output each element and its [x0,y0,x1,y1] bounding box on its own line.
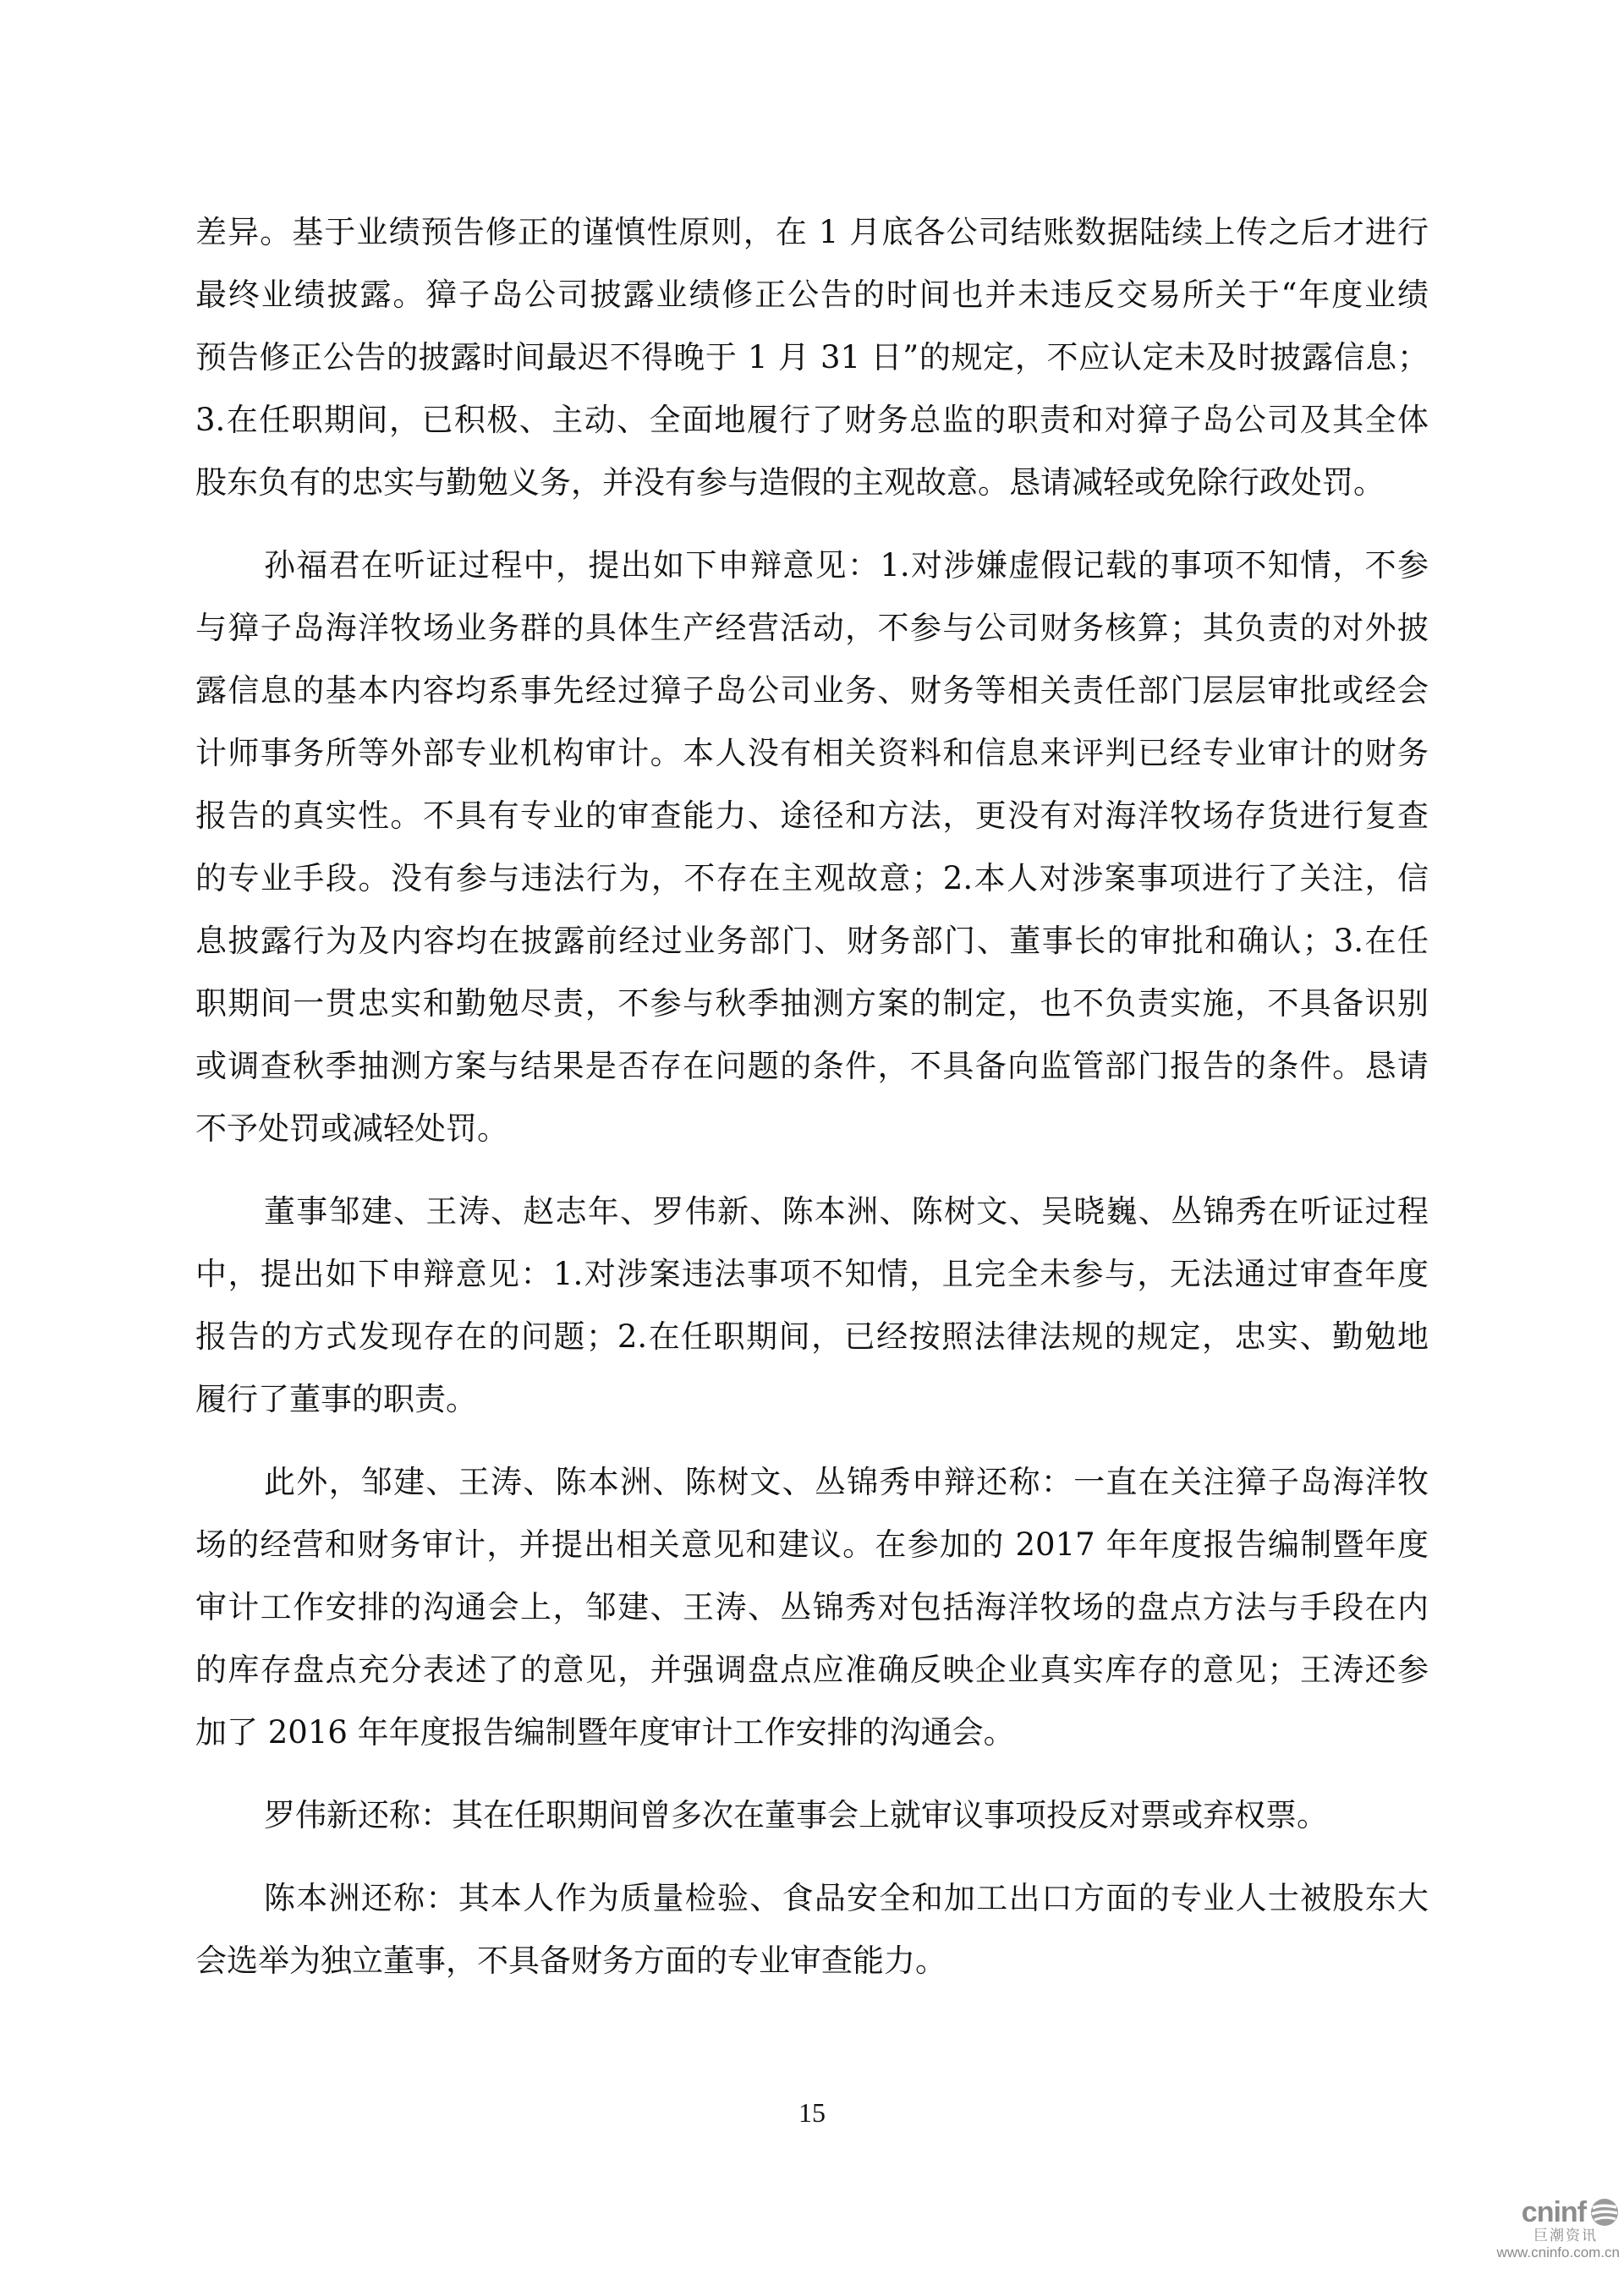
paragraph-defense-luo-weixin: 罗伟新还称：其在任职期间曾多次在董事会上就审议事项投反对票或弃权票。 [195,1793,1429,1855]
cninfo-watermark: cninf 巨潮资讯 www.cninfo.com.cn [1468,2197,1620,2261]
text-line: 陈本洲还称：其本人作为质量检验、食品安全和加工出口方面的专业人士被股东大 [195,1876,1429,1938]
text-line: 加了 2016 年年度报告编制暨年度审计工作安排的沟通会。 [195,1710,1429,1773]
text-line: 3.在任职期间，已积极、主动、全面地履行了财务总监的职责和对獐子岛公司及其全体 [195,397,1429,460]
text-line: 场的经营和财务审计，并提出相关意见和建议。在参加的 2017 年年度报告编制暨年… [195,1522,1429,1585]
text-line: 股东负有的忠实与勤勉义务，并没有参与造假的主观故意。恳请减轻或免除行政处罚。 [195,460,1429,523]
text-line: 最终业绩披露。獐子岛公司披露业绩修正公告的时间也并未违反交易所关于“年度业绩 [195,272,1429,335]
text-line: 报告的方式发现存在的问题；2.在任职期间，已经按照法律法规的规定，忠实、勤勉地 [195,1314,1429,1377]
cninf-logo-icon [1589,2197,1620,2228]
text-line: 与獐子岛海洋牧场业务群的具体生产经营活动，不参与公司财务核算；其负责的对外披 [195,606,1429,668]
text-line: 职期间一贯忠实和勤勉尽责，不参与秋季抽测方案的制定，也不负责实施，不具备识别 [195,981,1429,1044]
text-line: 不予处罚或减轻处罚。 [195,1106,1429,1169]
text-line: 孙福君在听证过程中，提出如下申辩意见：1.对涉嫌虚假记载的事项不知情，不参 [195,543,1429,606]
watermark-brand: cninf [1522,2198,1586,2227]
paragraph-defense-finance-director: 差异。基于业绩预告修正的谨慎性原则，在 1 月底各公司结账数据陆续上传之后才进行… [195,210,1429,523]
text-line: 报告的真实性。不具有专业的审查能力、途径和方法，更没有对海洋牧场存货进行复查 [195,793,1429,856]
text-line: 预告修正公告的披露时间最迟不得晚于 1 月 31 日”的规定，不应认定未及时披露… [195,335,1429,397]
watermark-brand-cn: 巨潮资讯 [1468,2228,1598,2244]
text-line: 的库存盘点充分表述了的意见，并强调盘点应准确反映企业真实库存的意见；王涛还参 [195,1647,1429,1710]
watermark-brand-row: cninf [1468,2197,1620,2228]
text-line: 的专业手段。没有参与违法行为，不存在主观故意；2.本人对涉案事项进行了关注，信 [195,856,1429,918]
text-line: 此外，邹建、王涛、陈本洲、陈树文、丛锦秀申辩还称：一直在关注獐子岛海洋牧 [195,1460,1429,1522]
watermark-url: www.cninfo.com.cn [1468,2244,1620,2261]
text-line: 中，提出如下申辩意见：1.对涉案违法事项不知情，且完全未参与，无法通过审查年度 [195,1252,1429,1314]
text-line: 审计工作安排的沟通会上，邹建、王涛、丛锦秀对包括海洋牧场的盘点方法与手段在内 [195,1585,1429,1647]
text-line: 或调查秋季抽测方案与结果是否存在问题的条件，不具备向监管部门报告的条件。恳请 [195,1044,1429,1106]
text-line: 罗伟新还称：其在任职期间曾多次在董事会上就审议事项投反对票或弃权票。 [195,1793,1429,1855]
text-line: 会选举为独立董事，不具备财务方面的专业审查能力。 [195,1938,1429,2001]
page-number: 15 [0,2097,1624,2129]
text-line: 露信息的基本内容均系事先经过獐子岛公司业务、财务等相关责任部门层层审批或经会 [195,668,1429,731]
text-line: 履行了董事的职责。 [195,1377,1429,1439]
text-line: 息披露行为及内容均在披露前经过业务部门、财务部门、董事长的审批和确认；3.在任 [195,918,1429,981]
paragraph-defense-sun-fujun: 孙福君在听证过程中，提出如下申辩意见：1.对涉嫌虚假记载的事项不知情，不参 与獐… [195,543,1429,1169]
text-line: 差异。基于业绩预告修正的谨慎性原则，在 1 月底各公司结账数据陆续上传之后才进行 [195,210,1429,272]
paragraph-defense-directors: 董事邹建、王涛、赵志年、罗伟新、陈本洲、陈树文、吴晓巍、丛锦秀在听证过程 中，提… [195,1189,1429,1439]
text-line: 董事邹建、王涛、赵志年、罗伟新、陈本洲、陈树文、吴晓巍、丛锦秀在听证过程 [195,1189,1429,1252]
document-body: 差异。基于业绩预告修正的谨慎性原则，在 1 月底各公司结账数据陆续上传之后才进行… [195,210,1429,2021]
paragraph-defense-chen-benzhou: 陈本洲还称：其本人作为质量检验、食品安全和加工出口方面的专业人士被股东大 会选举… [195,1876,1429,2001]
paragraph-defense-additional: 此外，邹建、王涛、陈本洲、陈树文、丛锦秀申辩还称：一直在关注獐子岛海洋牧 场的经… [195,1460,1429,1773]
text-line: 计师事务所等外部专业机构审计。本人没有相关资料和信息来评判已经专业审计的财务 [195,731,1429,793]
document-page: 差异。基于业绩预告修正的谨慎性原则，在 1 月底各公司结账数据陆续上传之后才进行… [0,0,1624,2296]
